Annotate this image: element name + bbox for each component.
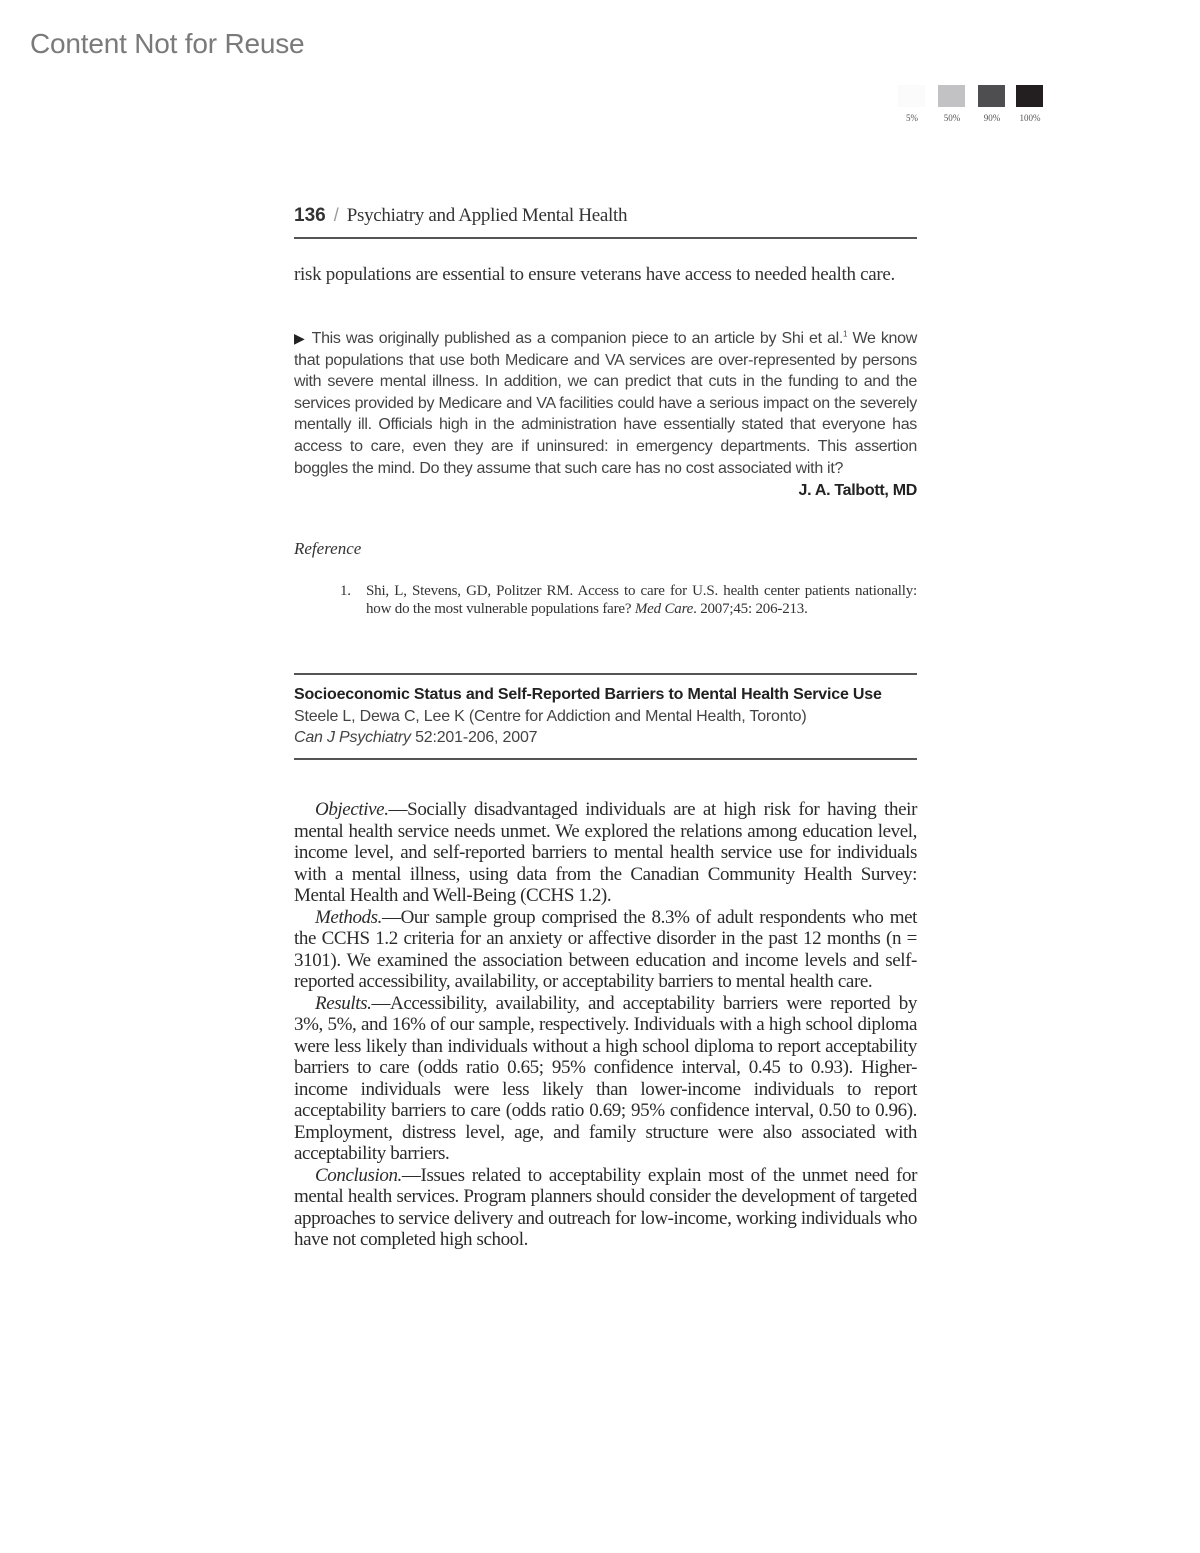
page-number: 136 (294, 205, 326, 227)
section-label: Results. (315, 993, 371, 1014)
swatch-100 (1016, 85, 1043, 107)
commentary-text-rest: We know that populations that use both M… (294, 330, 917, 477)
abstract-body: Objective.—Socially disadvantaged indivi… (294, 799, 917, 1251)
editor-commentary: ▶This was originally published as a comp… (294, 328, 917, 502)
abstract-header: Socioeconomic Status and Self-Reported B… (294, 673, 917, 760)
swatch-label-5: 5% (892, 113, 932, 123)
abstract-conclusion: Conclusion.—Issues related to acceptabil… (294, 1165, 917, 1251)
abstract-methods: Methods.—Our sample group comprised the … (294, 907, 917, 993)
references-heading: Reference (294, 539, 917, 559)
reference-journal: Med Care (635, 601, 693, 617)
header-separator: / (334, 205, 339, 226)
abstract-authors: Steele L, Dewa C, Lee K (Centre for Addi… (294, 706, 917, 727)
reference-item: 1. Shi, L, Stevens, GD, Politzer RM. Acc… (340, 582, 917, 618)
swatch-50 (938, 85, 965, 107)
journal-title: Psychiatry and Applied Mental Health (347, 205, 627, 227)
abstract-results: Results.—Accessibility, availability, an… (294, 993, 917, 1165)
swatch-label-90: 90% (972, 113, 1012, 123)
swatch-90 (978, 85, 1005, 107)
triangle-bullet-icon: ▶ (294, 330, 306, 346)
abstract-title: Socioeconomic Status and Self-Reported B… (294, 684, 917, 706)
swatch-label-100: 100% (1010, 113, 1050, 123)
section-label: Objective. (315, 799, 389, 820)
swatch-label-50: 50% (932, 113, 972, 123)
commentary-text-start: This was originally published as a compa… (312, 330, 843, 347)
abstract-citation: Can J Psychiatry 52:201-206, 2007 (294, 727, 917, 748)
references-list: 1. Shi, L, Stevens, GD, Politzer RM. Acc… (340, 582, 917, 618)
section-text: —Our sample group comprised the 8.3% of … (294, 907, 917, 993)
swatch-5 (898, 85, 925, 107)
section-text: —Accessibility, availability, and accept… (294, 993, 917, 1165)
reference-number: 1. (340, 582, 366, 618)
watermark-text: Content Not for Reuse (30, 28, 304, 60)
reference-citation: . 2007;45: 206-213. (693, 601, 808, 617)
carryover-paragraph: risk populations are essential to ensure… (294, 264, 917, 286)
abstract-journal: Can J Psychiatry (294, 729, 411, 746)
section-label: Methods. (315, 907, 382, 928)
reference-text: Shi, L, Stevens, GD, Politzer RM. Access… (366, 582, 917, 618)
abstract-volume-pages: 52:201-206, 2007 (411, 729, 538, 746)
running-head: 136 / Psychiatry and Applied Mental Heal… (294, 205, 917, 239)
commentary-paragraph: ▶This was originally published as a comp… (294, 328, 917, 479)
abstract-objective: Objective.—Socially disadvantaged indivi… (294, 799, 917, 907)
section-label: Conclusion. (315, 1165, 402, 1186)
commentary-signature: J. A. Talbott, MD (294, 480, 917, 502)
